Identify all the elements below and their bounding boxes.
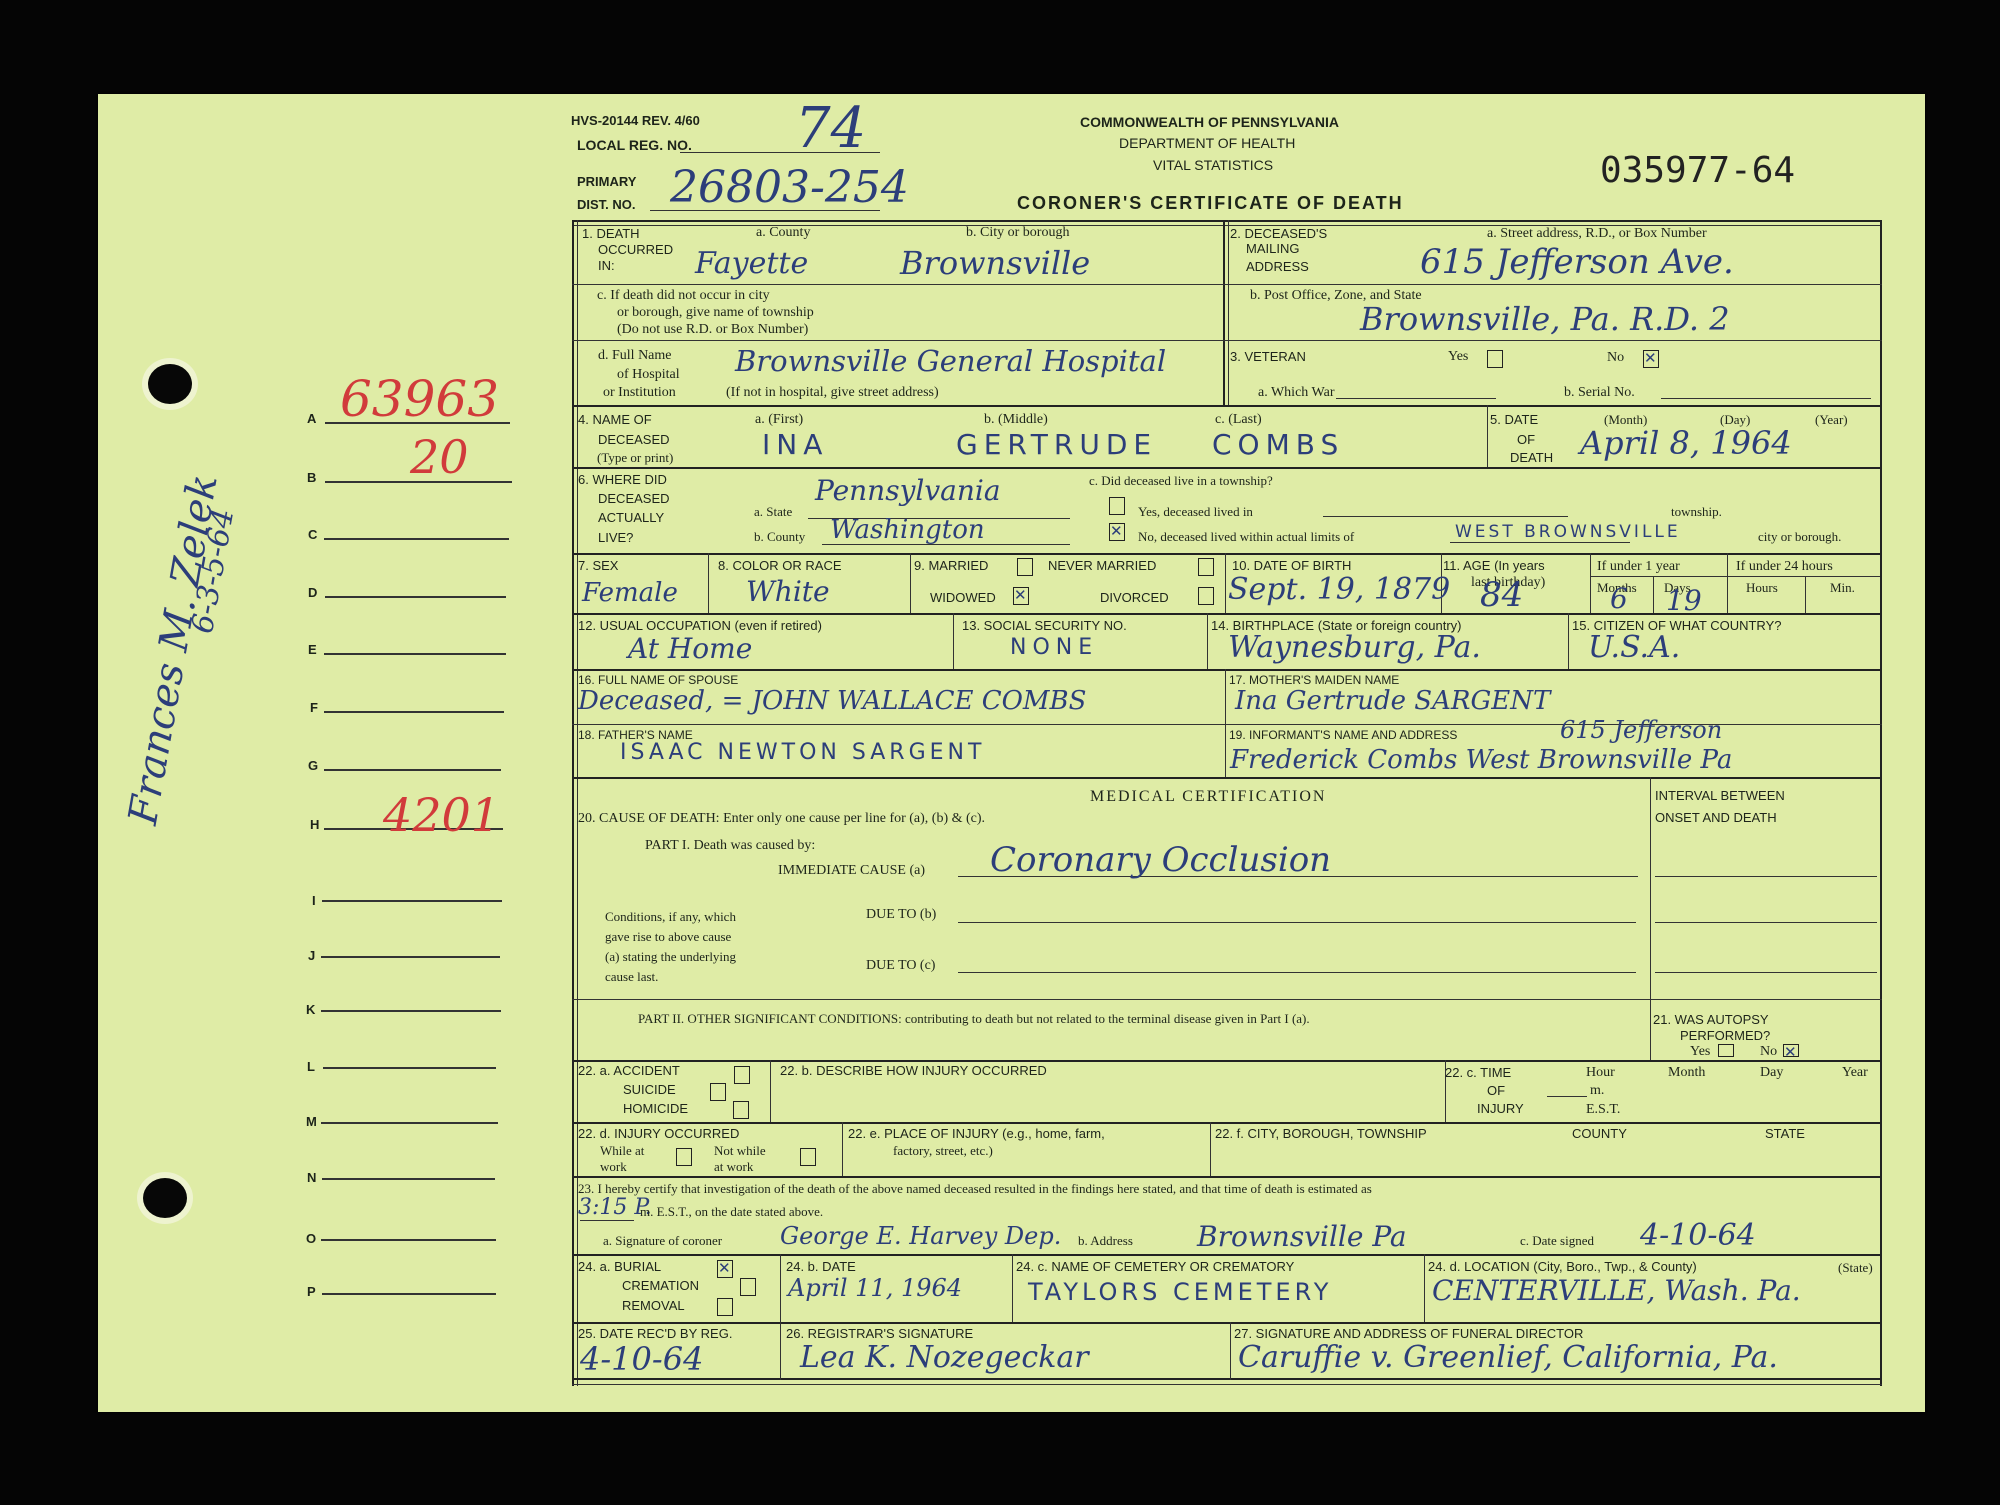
certificate-number: 035977-64 <box>1600 150 1795 191</box>
cause-of-death-label: 20. CAUSE OF DEATH: Enter only one cause… <box>578 810 985 827</box>
occupation-value[interactable]: At Home <box>628 632 752 665</box>
due-to-b-label: DUE TO (b) <box>866 906 936 923</box>
hospital-label-1: d. Full Name <box>598 347 672 364</box>
township-question: c. Did deceased live in a township? <box>1089 472 1273 489</box>
married-label: 9. MARRIED <box>914 558 988 573</box>
form-number: HVS-20144 REV. 4/60 <box>571 113 700 128</box>
date-received-value[interactable]: 4-10-64 <box>580 1340 703 1378</box>
margin-letter-g: G <box>308 758 318 773</box>
time-suffix: m. E.S.T., on the date stated above. <box>640 1203 823 1220</box>
while-at-work-label-2: work <box>600 1158 627 1175</box>
part-2-label: PART II. OTHER SIGNIFICANT CONDITIONS: c… <box>638 1010 1310 1027</box>
year-label: (Year) <box>1815 411 1848 428</box>
veteran-no-checkbox[interactable] <box>1643 350 1659 368</box>
under-year-label: If under 1 year <box>1597 558 1680 575</box>
item-1-label: 1. DEATH <box>582 226 640 241</box>
injury-state-label: STATE <box>1765 1126 1805 1141</box>
veteran-label: 3. VETERAN <box>1230 349 1306 364</box>
interval-label-1: INTERVAL BETWEEN <box>1655 788 1785 803</box>
time-of-injury-label-3: INJURY <box>1477 1101 1524 1116</box>
coroner-signature-label: a. Signature of coroner <box>603 1232 722 1249</box>
ssn-value[interactable]: NONE <box>1010 635 1098 660</box>
margin-letter-l: L <box>307 1059 315 1074</box>
date-signed-value[interactable]: 4-10-64 <box>1640 1218 1756 1253</box>
informant-name-value[interactable]: Frederick Combs West Brownsville Pa <box>1230 745 1732 775</box>
city-value[interactable]: Brownsville <box>900 244 1090 282</box>
residence-county-label: b. County <box>754 528 805 545</box>
residence-label-2: DECEASED <box>598 491 670 506</box>
coroner-address-value[interactable]: Brownsville Pa <box>1197 1220 1407 1253</box>
autopsy-label-2: PERFORMED? <box>1680 1028 1770 1043</box>
autopsy-no-label: No <box>1760 1043 1777 1060</box>
funeral-director-value[interactable]: Caruffie v. Greenlief, California, Pa. <box>1238 1340 1778 1375</box>
registrar-signature-label: 26. REGISTRAR'S SIGNATURE <box>786 1326 973 1341</box>
homicide-label: HOMICIDE <box>623 1101 688 1116</box>
birthplace-value[interactable]: Waynesburg, Pa. <box>1228 630 1481 665</box>
divorced-checkbox[interactable] <box>1198 587 1214 605</box>
item-1-label-3: IN: <box>598 258 615 273</box>
township-yes-checkbox[interactable] <box>1109 497 1125 515</box>
veteran-yes-checkbox[interactable] <box>1487 350 1503 368</box>
county-label: a. County <box>756 224 810 241</box>
time-of-injury-label-1: 22. c. TIME <box>1445 1065 1511 1080</box>
coroner-address-label: b. Address <box>1078 1232 1133 1249</box>
margin-letter-e: E <box>308 642 317 657</box>
due-to-c-label: DUE TO (c) <box>866 957 935 974</box>
residence-label-1: 6. WHERE DID <box>578 472 667 487</box>
date-of-death-value[interactable]: April 8, 1964 <box>1580 424 1792 462</box>
item-2-label-2: MAILING <box>1246 241 1299 256</box>
dist-label: DIST. NO. <box>577 197 636 212</box>
interval-label-2: ONSET AND DEATH <box>1655 810 1777 825</box>
certify-text: 23. I hereby certify that investigation … <box>578 1180 1372 1197</box>
date-of-death-label-1: 5. DATE <box>1490 412 1538 427</box>
widowed-checkbox[interactable] <box>1013 587 1029 605</box>
suicide-label: SUICIDE <box>623 1082 676 1097</box>
registrar-signature-value[interactable]: Lea K. Nozegeckar <box>800 1340 1089 1375</box>
m-label: m. <box>1590 1082 1604 1099</box>
cemetery-value[interactable]: TAYLORS CEMETERY <box>1028 1278 1332 1306</box>
autopsy-yes-checkbox[interactable] <box>1718 1044 1734 1057</box>
immediate-cause-value[interactable]: Coronary Occlusion <box>990 840 1331 880</box>
injury-city-label: 22. f. CITY, BOROUGH, TOWNSHIP <box>1215 1126 1427 1141</box>
injury-day-label: Day <box>1760 1064 1783 1081</box>
removal-label: REMOVAL <box>622 1298 685 1313</box>
autopsy-yes-label: Yes <box>1690 1043 1710 1060</box>
township-no-checkbox[interactable] <box>1109 523 1125 541</box>
margin-letter-a: A <box>307 411 316 426</box>
residence-label-3: ACTUALLY <box>598 510 664 525</box>
sex-label: 7. SEX <box>578 558 618 573</box>
city-suffix: city or borough. <box>1758 528 1841 545</box>
describe-injury-label: 22. b. DESCRIBE HOW INJURY OCCURRED <box>780 1063 1047 1078</box>
hospital-hint: (If not in hospital, give street address… <box>726 384 939 401</box>
place-of-injury-label-1: 22. e. PLACE OF INJURY (e.g., home, farm… <box>848 1126 1105 1141</box>
local-reg-value: 74 <box>795 96 866 161</box>
margin-letter-i: I <box>312 893 316 908</box>
middle-name-label: b. (Middle) <box>984 411 1048 428</box>
name-label-2: DECEASED <box>598 432 670 447</box>
mother-value[interactable]: Ina Gertrude SARGENT <box>1235 686 1550 716</box>
middle-name-value[interactable]: GERTRUDE <box>956 428 1157 461</box>
part-1-label: PART I. Death was caused by: <box>645 837 815 854</box>
hours-label: Hours <box>1746 579 1778 596</box>
ssn-label: 13. SOCIAL SECURITY NO. <box>962 618 1127 633</box>
divorced-label: DIVORCED <box>1100 590 1169 605</box>
veteran-no-label: No <box>1607 349 1624 366</box>
while-at-work-label-1: While at <box>600 1142 644 1159</box>
hospital-value[interactable]: Brownsville General Hospital <box>735 344 1166 378</box>
min-label: Min. <box>1830 579 1855 596</box>
margin-letter-d: D <box>308 585 317 600</box>
item-2-label: 2. DECEASED'S <box>1230 226 1327 241</box>
item-2-label-3: ADDRESS <box>1246 259 1309 274</box>
which-war-label: a. Which War <box>1258 384 1335 401</box>
citizen-value[interactable]: U.S.A. <box>1588 630 1680 665</box>
margin-red-number-h: 4201 <box>383 788 500 842</box>
margin-letter-p: P <box>307 1284 316 1299</box>
married-checkbox[interactable] <box>1017 558 1033 576</box>
agency-line-2: DEPARTMENT OF HEALTH <box>1119 136 1295 151</box>
veteran-yes-label: Yes <box>1448 348 1468 365</box>
state-label: a. State <box>754 503 792 520</box>
conditions-text-2: gave rise to above cause <box>605 928 731 945</box>
county-value[interactable]: Fayette <box>695 246 808 281</box>
medical-title: MEDICAL CERTIFICATION <box>1090 788 1326 805</box>
local-reg-label: LOCAL REG. NO. <box>577 137 692 153</box>
agency-line-3: VITAL STATISTICS <box>1153 158 1273 173</box>
state-value[interactable]: Pennsylvania <box>815 474 1001 507</box>
cremation-checkbox[interactable] <box>740 1278 756 1296</box>
under-24-label: If under 24 hours <box>1736 558 1833 575</box>
date-received-label: 25. DATE REC'D BY REG. <box>578 1326 732 1341</box>
sex-value[interactable]: Female <box>582 578 678 608</box>
never-married-label: NEVER MARRIED <box>1048 558 1156 573</box>
race-label: 8. COLOR OR RACE <box>718 558 842 573</box>
item-1-label-2: OCCURRED <box>598 242 673 257</box>
informant-label: 19. INFORMANT'S NAME AND ADDRESS <box>1229 728 1457 743</box>
not-at-work-label-1: Not while <box>714 1142 766 1159</box>
street-value[interactable]: 615 Jefferson Ave. <box>1420 242 1734 282</box>
accident-label: 22. a. ACCIDENT <box>578 1063 680 1078</box>
age-label-1: 11. AGE (In years <box>1443 558 1545 573</box>
date-of-death-label-3: DEATH <box>1510 450 1553 465</box>
margin-letter-c: C <box>308 527 317 542</box>
not-at-work-checkbox[interactable] <box>800 1148 816 1166</box>
occupation-label: 12. USUAL OCCUPATION (even if retired) <box>578 618 822 633</box>
days-value[interactable]: 19 <box>1666 584 1702 617</box>
margin-letter-f: F <box>310 700 318 715</box>
page-title: CORONER'S CERTIFICATE OF DEATH <box>1017 193 1404 214</box>
punch-hole-bottom <box>143 1178 187 1218</box>
burial-label: 24. a. BURIAL <box>578 1259 661 1274</box>
autopsy-no-checkbox[interactable] <box>1783 1044 1799 1057</box>
township-yes-label: Yes, deceased lived in <box>1138 503 1253 520</box>
city-label: b. City or borough <box>966 224 1069 241</box>
burial-state-label: (State) <box>1838 1259 1873 1276</box>
race-value[interactable]: White <box>746 575 830 608</box>
last-name-value[interactable]: COMBS <box>1212 428 1344 461</box>
place-of-injury-label-2: factory, street, etc.) <box>893 1142 993 1159</box>
conditions-text-1: Conditions, if any, which <box>605 908 736 925</box>
name-label-1: 4. NAME OF <box>578 412 652 427</box>
name-label-3: (Type or print) <box>597 449 673 466</box>
margin-letter-n: N <box>307 1170 316 1185</box>
township-no-label: No, deceased lived within actual limits … <box>1138 528 1354 545</box>
removal-checkbox[interactable] <box>717 1298 733 1316</box>
hour-label: Hour <box>1586 1064 1615 1081</box>
birth-date-value[interactable]: Sept. 19, 1879 <box>1228 572 1450 607</box>
funeral-director-label: 27. SIGNATURE AND ADDRESS OF FUNERAL DIR… <box>1234 1326 1583 1341</box>
burial-date-label: 24. b. DATE <box>786 1259 856 1274</box>
conditions-text-4: cause last. <box>605 968 658 985</box>
time-of-injury-label-2: OF <box>1487 1083 1505 1098</box>
homicide-checkbox[interactable] <box>733 1101 749 1119</box>
widowed-label: WIDOWED <box>930 590 996 605</box>
township-hint-1: c. If death did not occur in city <box>597 287 770 304</box>
margin-letter-k: K <box>306 1002 315 1017</box>
est-label: E.S.T. <box>1586 1101 1620 1118</box>
suicide-checkbox[interactable] <box>710 1083 726 1101</box>
conditions-text-3: (a) stating the underlying <box>605 948 736 965</box>
city-limits-value[interactable]: WEST BROWNSVILLE <box>1455 522 1681 542</box>
injury-year-label: Year <box>1842 1064 1868 1081</box>
never-married-checkbox[interactable] <box>1198 558 1214 576</box>
cremation-label: CREMATION <box>622 1278 699 1293</box>
burial-location-label: 24. d. LOCATION (City, Boro., Twp., & Co… <box>1428 1259 1697 1274</box>
burial-location-value[interactable]: CENTERVILLE, Wash. Pa. <box>1432 1274 1801 1307</box>
immediate-cause-label: IMMEDIATE CAUSE (a) <box>778 862 925 879</box>
first-name-value[interactable]: INA <box>762 428 828 461</box>
informant-address-value[interactable]: 615 Jefferson <box>1560 716 1722 744</box>
first-name-label: a. (First) <box>755 411 803 428</box>
age-value[interactable]: 84 <box>1480 575 1523 615</box>
hospital-label-3: or Institution <box>603 384 676 401</box>
injury-month-label: Month <box>1668 1064 1705 1081</box>
post-office-value[interactable]: Brownsville, Pa. R.D. 2 <box>1360 300 1730 338</box>
date-signed-label: c. Date signed <box>1520 1232 1594 1249</box>
date-of-death-label-2: OF <box>1517 432 1535 447</box>
autopsy-label-1: 21. WAS AUTOPSY <box>1653 1012 1769 1027</box>
margin-letter-h: H <box>310 817 319 832</box>
cemetery-label: 24. c. NAME OF CEMETERY OR CREMATORY <box>1016 1259 1294 1274</box>
primary-label: PRIMARY <box>577 174 636 189</box>
residence-county-value[interactable]: Washington <box>830 515 985 545</box>
birth-date-label: 10. DATE OF BIRTH <box>1232 558 1351 573</box>
while-at-work-checkbox[interactable] <box>676 1148 692 1166</box>
agency-line-1: COMMONWEALTH OF PENNSYLVANIA <box>1080 114 1339 130</box>
injury-county-label: COUNTY <box>1572 1126 1627 1141</box>
last-name-label: c. (Last) <box>1215 411 1262 428</box>
township-hint-2: or borough, give name of township <box>617 304 814 321</box>
margin-letter-o: O <box>306 1231 316 1246</box>
father-value[interactable]: ISAAC NEWTON SARGENT <box>620 740 985 765</box>
township-suffix: township. <box>1671 503 1722 520</box>
coroner-signature-value[interactable]: George E. Harvey Dep. <box>780 1222 1061 1250</box>
injury-occurred-label: 22. d. INJURY OCCURRED <box>578 1126 739 1141</box>
margin-letter-j: J <box>308 948 315 963</box>
spouse-value[interactable]: Deceased, = JOHN WALLACE COMBS <box>578 686 1086 716</box>
township-hint-3: (Do not use R.D. or Box Number) <box>617 321 808 338</box>
margin-letter-b: B <box>307 470 316 485</box>
serial-label: b. Serial No. <box>1564 384 1635 401</box>
margin-red-number-b: 20 <box>410 430 469 484</box>
accident-checkbox[interactable] <box>734 1066 750 1084</box>
months-value[interactable]: 6 <box>1610 582 1628 615</box>
margin-red-number-a: 63963 <box>340 370 499 428</box>
residence-label-4: LIVE? <box>598 530 633 545</box>
margin-letter-m: M <box>306 1114 317 1129</box>
not-at-work-label-2: at work <box>714 1158 753 1175</box>
street-label: a. Street address, R.D., or Box Number <box>1487 225 1707 242</box>
burial-checkbox[interactable] <box>717 1260 733 1278</box>
burial-date-value[interactable]: April 11, 1964 <box>788 1274 962 1302</box>
hospital-label-2: of Hospital <box>617 366 680 383</box>
punch-hole-top <box>148 364 192 404</box>
dist-value: 26803-254 <box>670 162 909 213</box>
